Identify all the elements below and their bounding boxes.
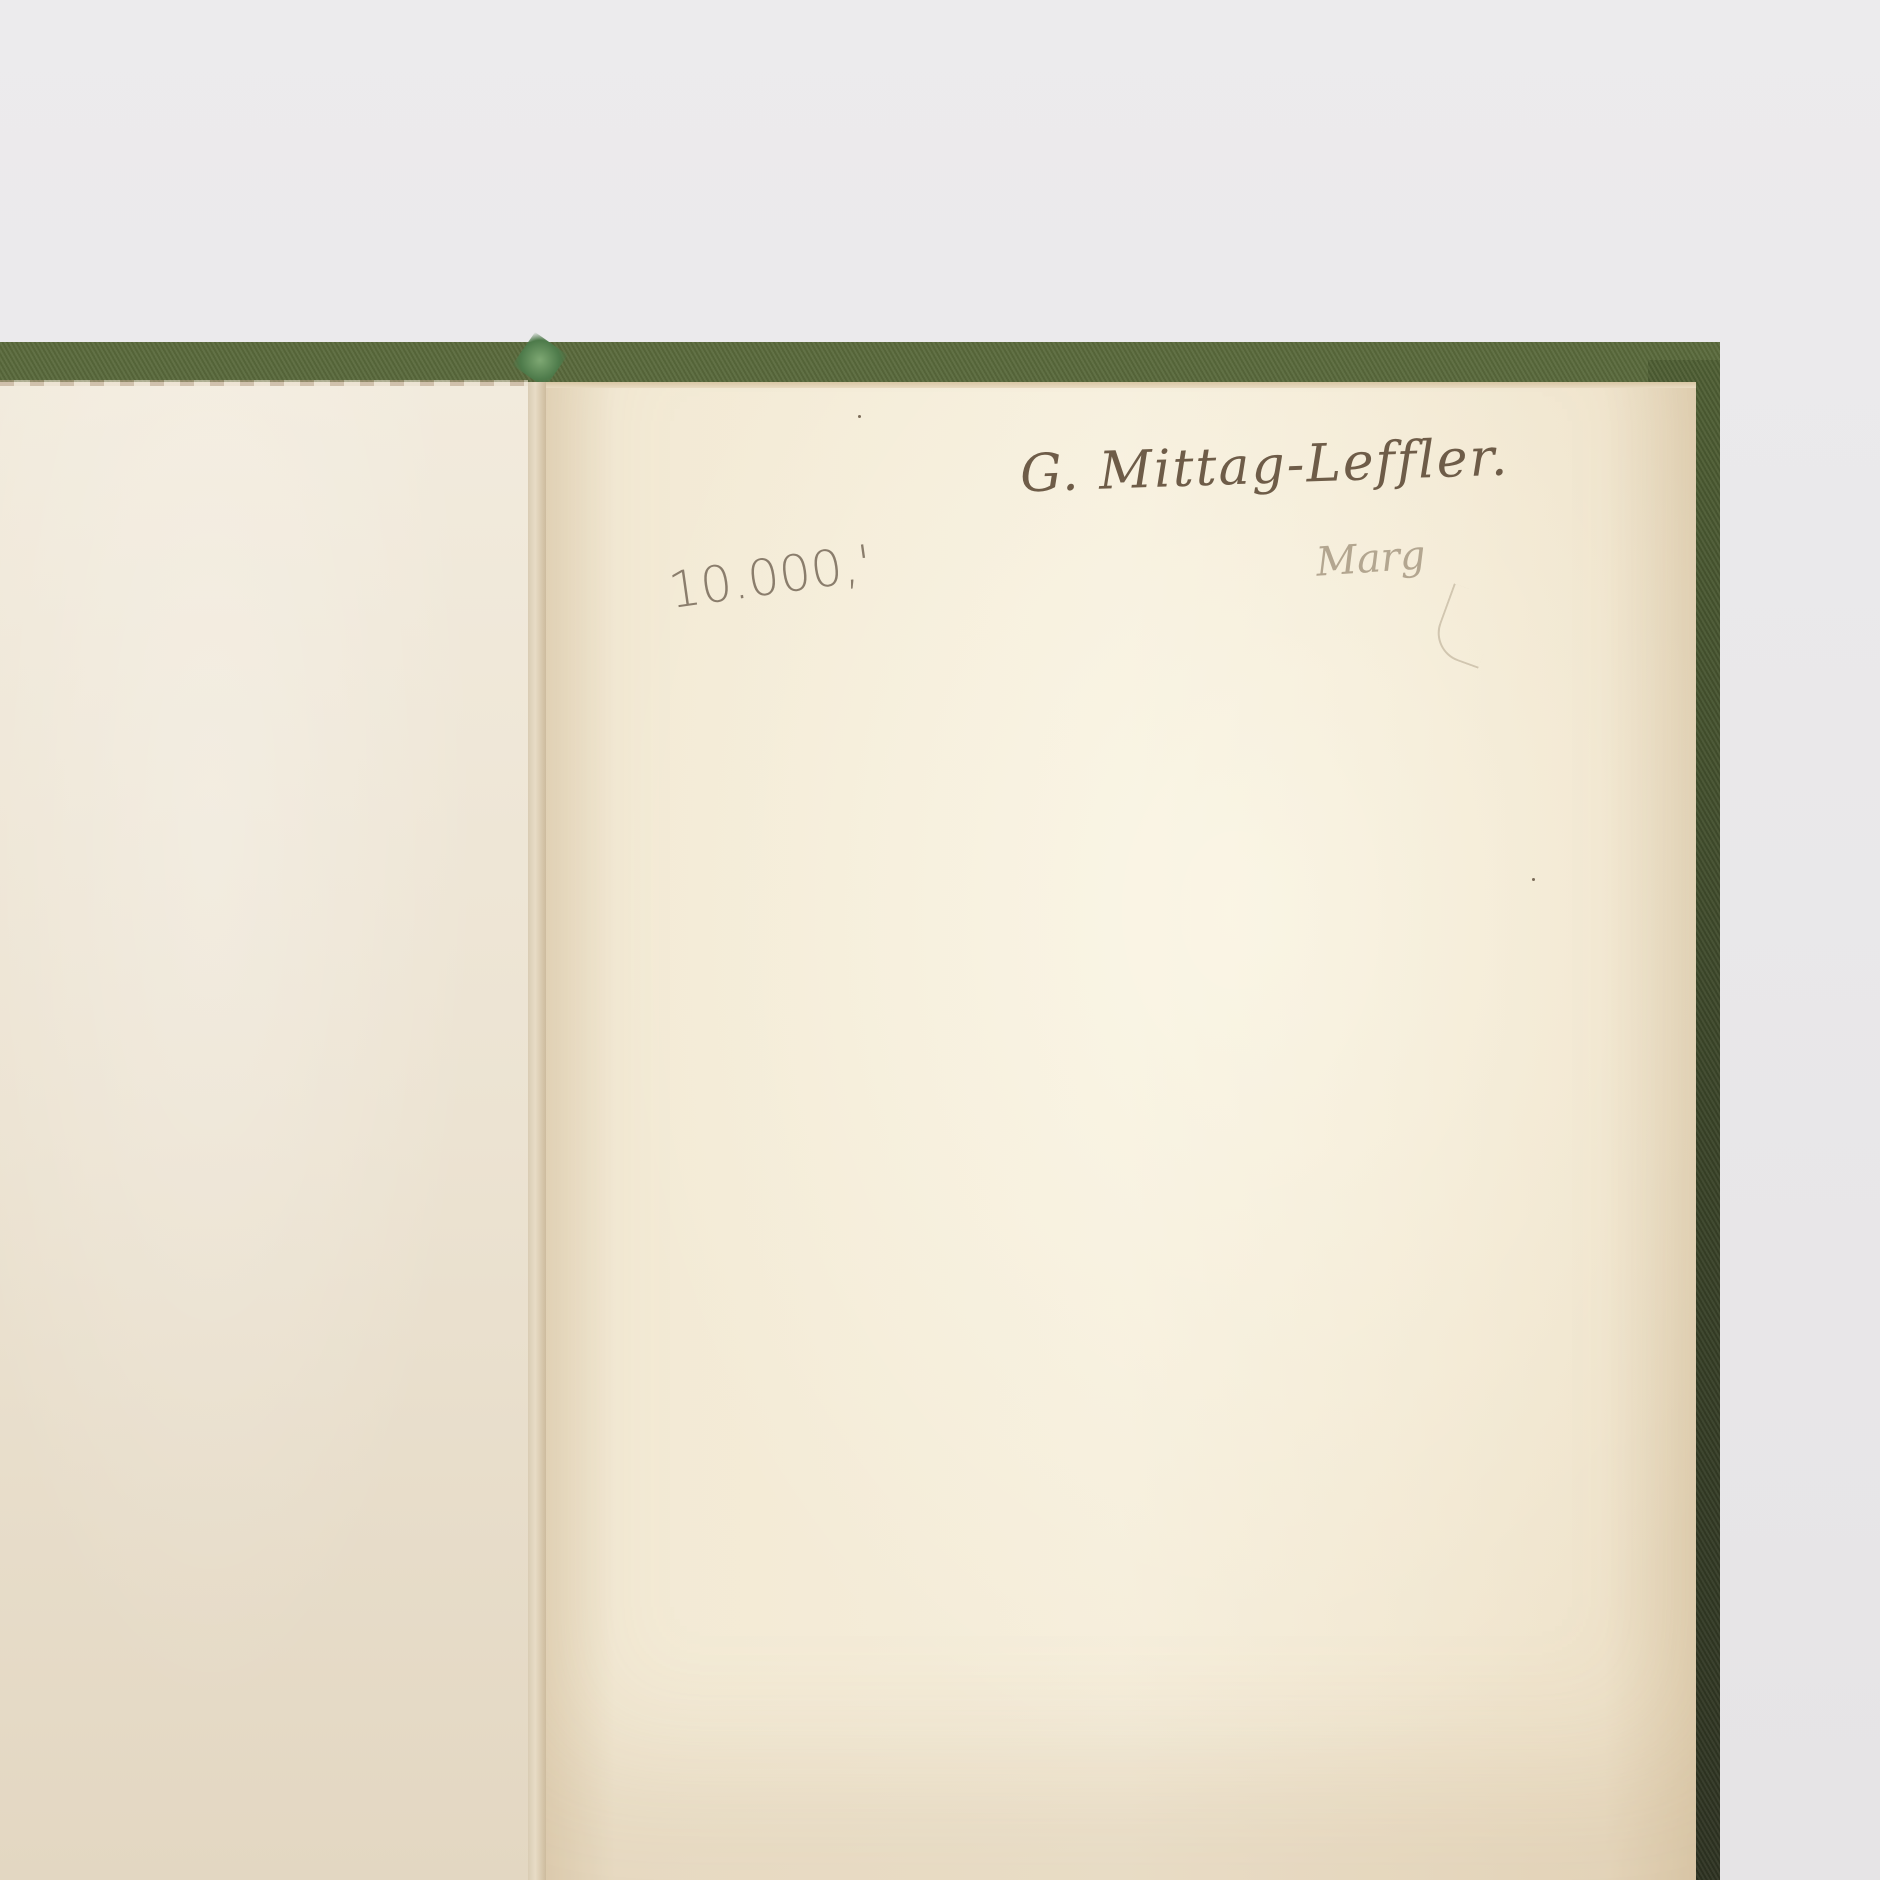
left-endpaper — [0, 382, 528, 1880]
pencil-note: Marg — [1315, 532, 1427, 586]
paper-speck — [858, 415, 861, 418]
photo-scene: G. Mittag-Leffler. 10.000,' Marg — [0, 0, 1880, 1880]
book-gutter — [528, 382, 546, 1880]
paper-speck — [1532, 878, 1535, 881]
left-endpaper-top-edge — [0, 380, 528, 386]
